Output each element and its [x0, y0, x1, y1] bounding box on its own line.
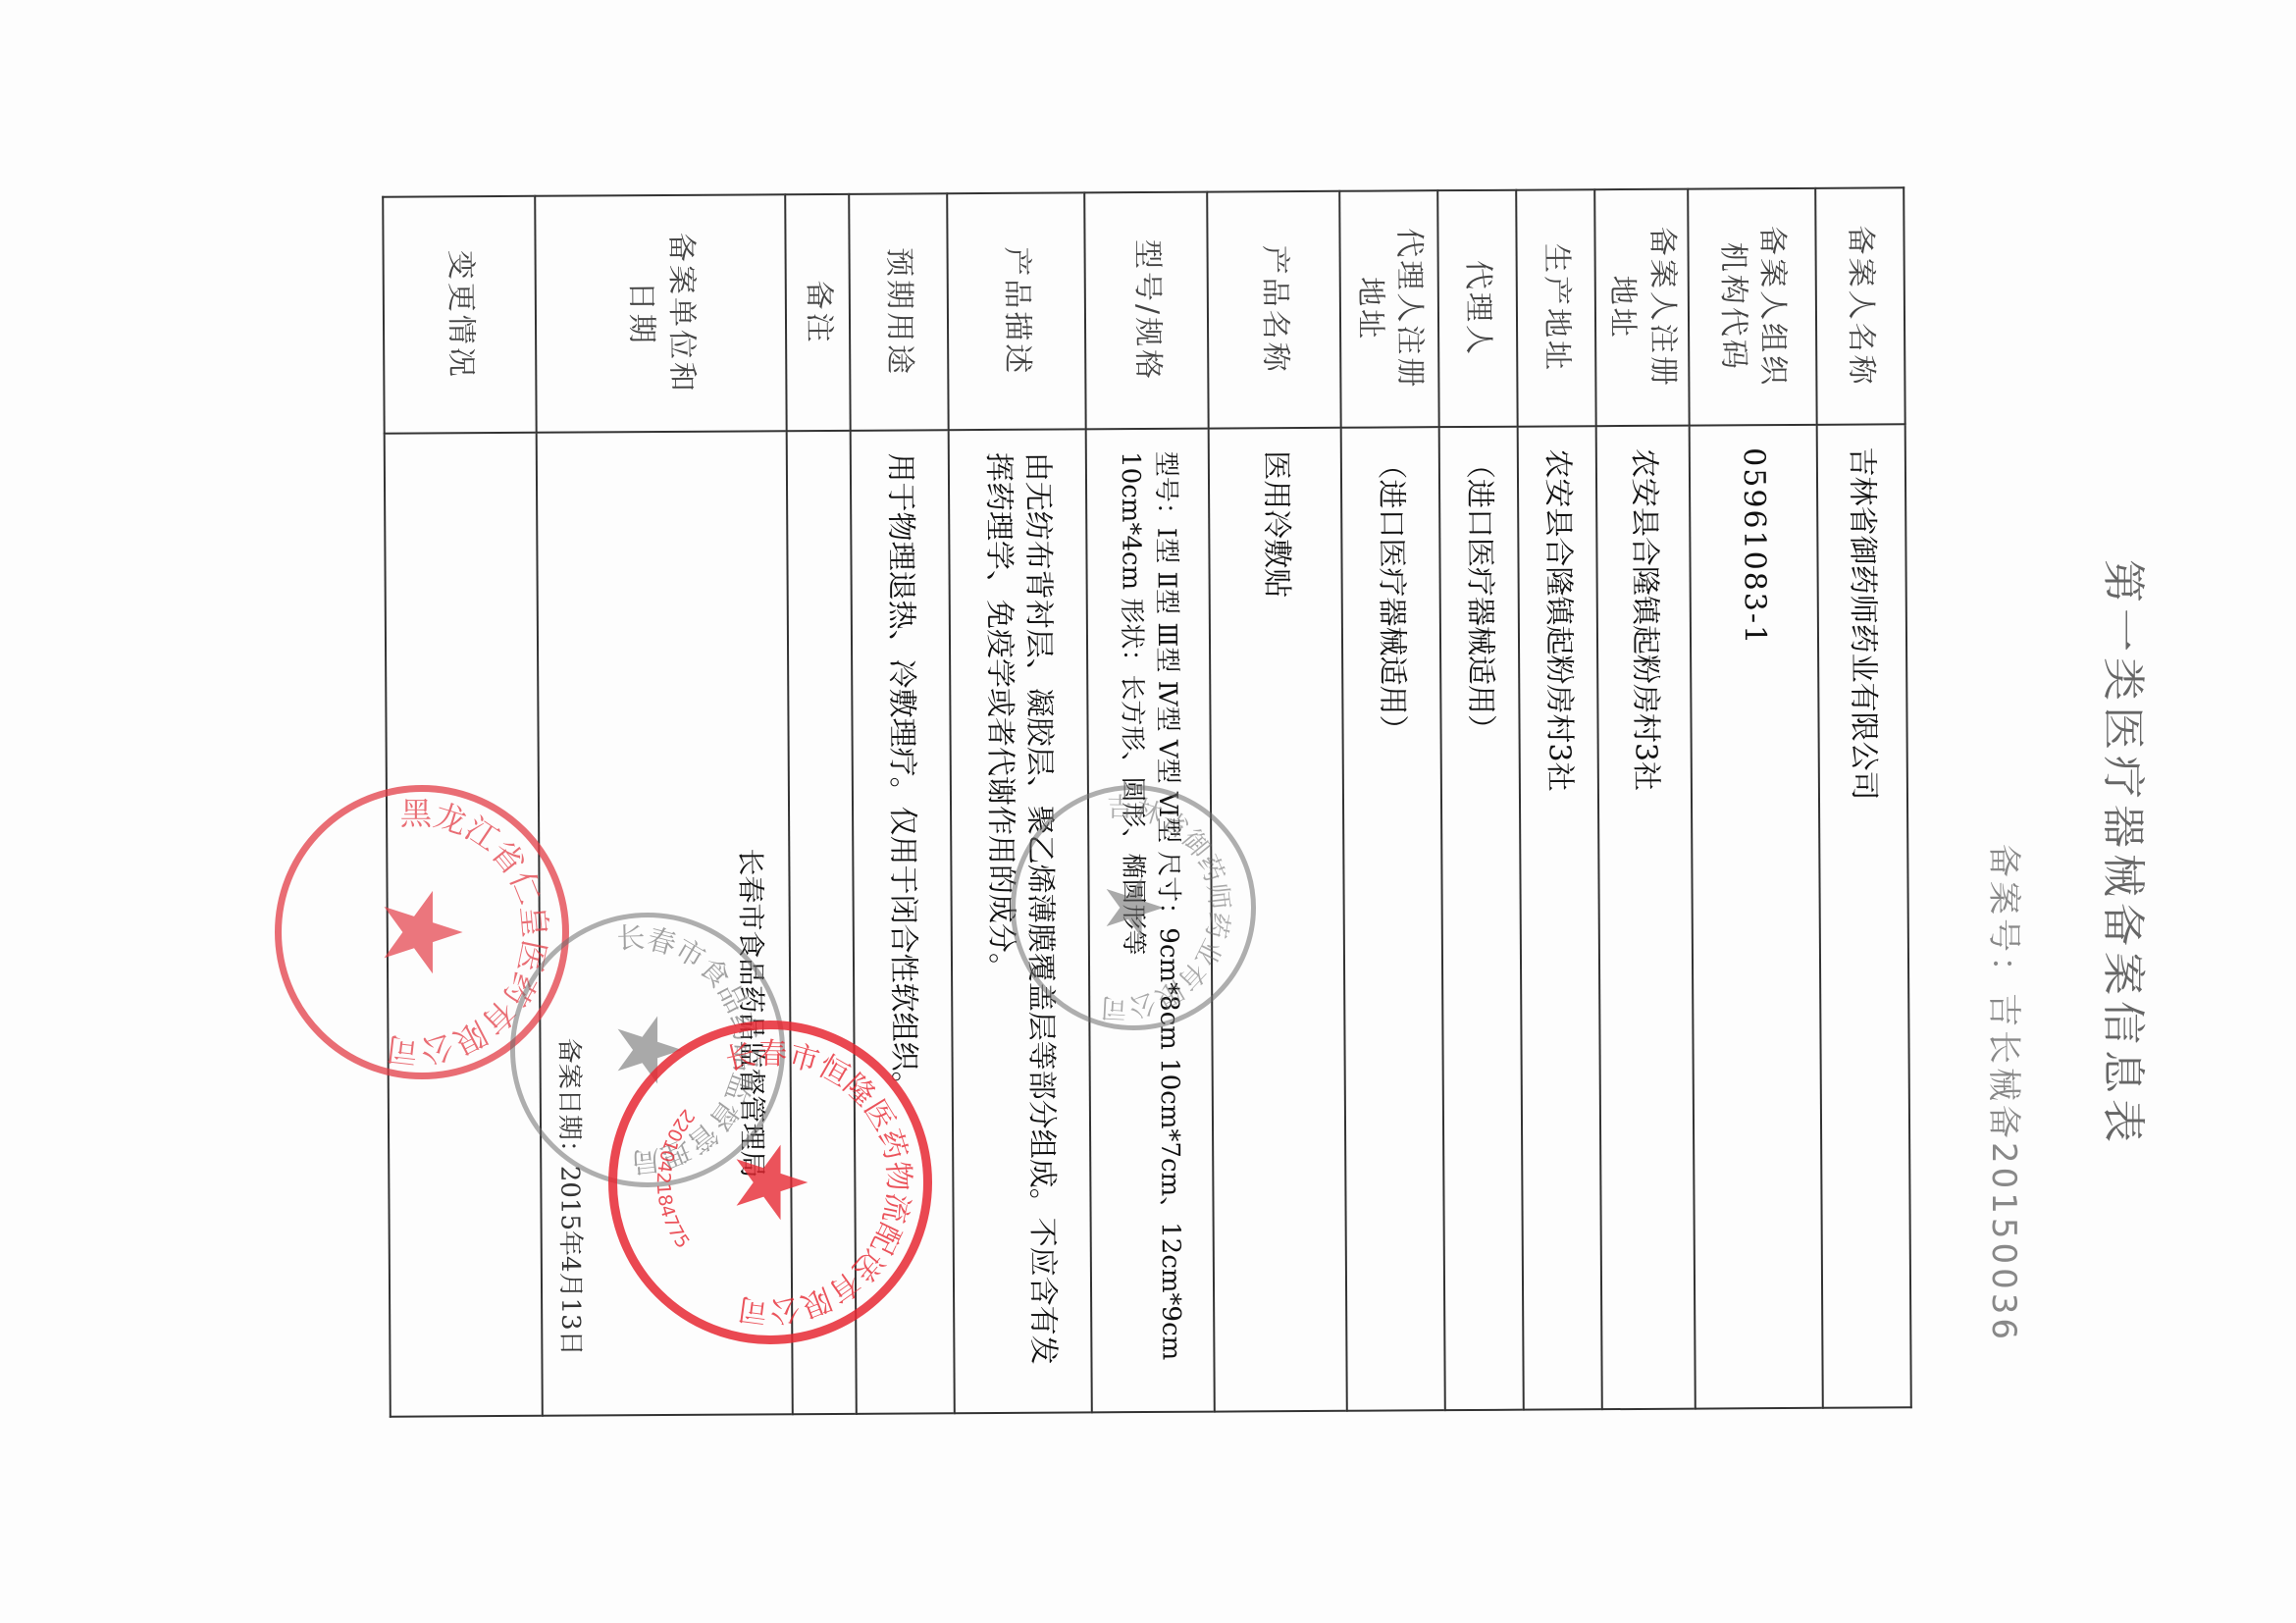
table-row: 备案单位和日期 长春市食品药品监督管理局 备案日期：2015年4月13日 [535, 194, 793, 1416]
label-remarks: 备注 [785, 194, 850, 431]
label-change-status: 变更情况 [383, 196, 536, 434]
label-agent: 代理人 [1437, 190, 1517, 427]
label-product-description: 产品描述 [947, 192, 1085, 430]
table-row: 备案人注册地址 农安县合隆镇起粉房村3社 [1594, 189, 1696, 1410]
value-agent: （进口医疗器械适用） [1439, 427, 1524, 1410]
value-production-address: 农安县合隆镇起粉房村3社 [1518, 426, 1602, 1409]
filing-info-table: 备案人名称 吉林省御药师药业有限公司 备案人组织机构代码 05961083-1 … [382, 186, 1912, 1417]
value-change-status [385, 433, 543, 1417]
table-row: 备注 [785, 194, 857, 1414]
label-filing-unit-date: 备案单位和日期 [535, 194, 786, 433]
value-filing-unit-date: 长春市食品药品监督管理局 备案日期：2015年4月13日 [537, 431, 793, 1416]
label-org-code: 备案人组织机构代码 [1688, 188, 1816, 426]
label-intended-use: 预期用途 [849, 193, 948, 431]
value-product-description: 由无纺布背衬层、凝胶层、聚乙烯薄膜覆盖层等部分组成。不应含有发挥药理学、免疫学或… [949, 429, 1092, 1413]
table-row: 变更情况 [383, 196, 543, 1417]
value-org-code: 05961083-1 [1690, 425, 1823, 1409]
label-agent-address: 代理人注册地址 [1339, 190, 1438, 428]
table-row: 备案人组织机构代码 05961083-1 [1688, 188, 1823, 1409]
table-row: 备案人名称 吉林省御药师药业有限公司 [1815, 187, 1911, 1408]
table-row: 产品名称 医用冷敷贴 [1207, 191, 1347, 1412]
filing-number: 备案号：吉长械备20150036 [1983, 844, 2031, 1343]
label-filer-name: 备案人名称 [1815, 187, 1905, 425]
table-row: 预期用途 用于物理退热、冷敷理疗。仅用于闭合性软组织。 [849, 193, 955, 1414]
table-row: 代理人注册地址 （进口医疗器械适用） [1339, 190, 1445, 1411]
value-filer-name: 吉林省御药师药业有限公司 [1817, 424, 1911, 1408]
value-agent-address: （进口医疗器械适用） [1341, 427, 1445, 1411]
label-registered-address: 备案人注册地址 [1594, 189, 1689, 427]
value-remarks [787, 431, 857, 1414]
filing-unit: 长春市食品药品监督管理局 [731, 848, 770, 1178]
label-product-name: 产品名称 [1207, 191, 1340, 429]
label-model-spec: 型号/规格 [1084, 192, 1208, 430]
document-title: 第一类医疗器械备案信息表 [2096, 510, 2159, 1197]
table-row: 生产地址 农安县合隆镇起粉房村3社 [1516, 189, 1602, 1409]
table-row: 产品描述 由无纺布背衬层、凝胶层、聚乙烯薄膜覆盖层等部分组成。不应含有发挥药理学… [947, 192, 1092, 1413]
table-row: 型号/规格 型号：Ⅰ型 Ⅱ型 Ⅲ型 Ⅳ型 Ⅴ型 Ⅵ型 尺寸：9cm*8cm 10… [1084, 192, 1215, 1413]
value-product-name: 医用冷敷贴 [1209, 428, 1347, 1412]
value-intended-use: 用于物理退热、冷敷理疗。仅用于闭合性软组织。 [851, 430, 955, 1414]
scanned-page: 第一类医疗器械备案信息表 备案号：吉长械备20150036 备案人名称 吉林省御… [0, 0, 2296, 1623]
label-production-address: 生产地址 [1516, 189, 1595, 426]
filing-date: 备案日期：2015年4月13日 [550, 1038, 587, 1356]
value-model-spec: 型号：Ⅰ型 Ⅱ型 Ⅲ型 Ⅳ型 Ⅴ型 Ⅵ型 尺寸：9cm*8cm 10cm*7cm… [1086, 429, 1215, 1413]
value-registered-address: 农安县合隆镇起粉房村3社 [1596, 426, 1696, 1410]
table-row: 代理人 （进口医疗器械适用） [1437, 190, 1524, 1410]
